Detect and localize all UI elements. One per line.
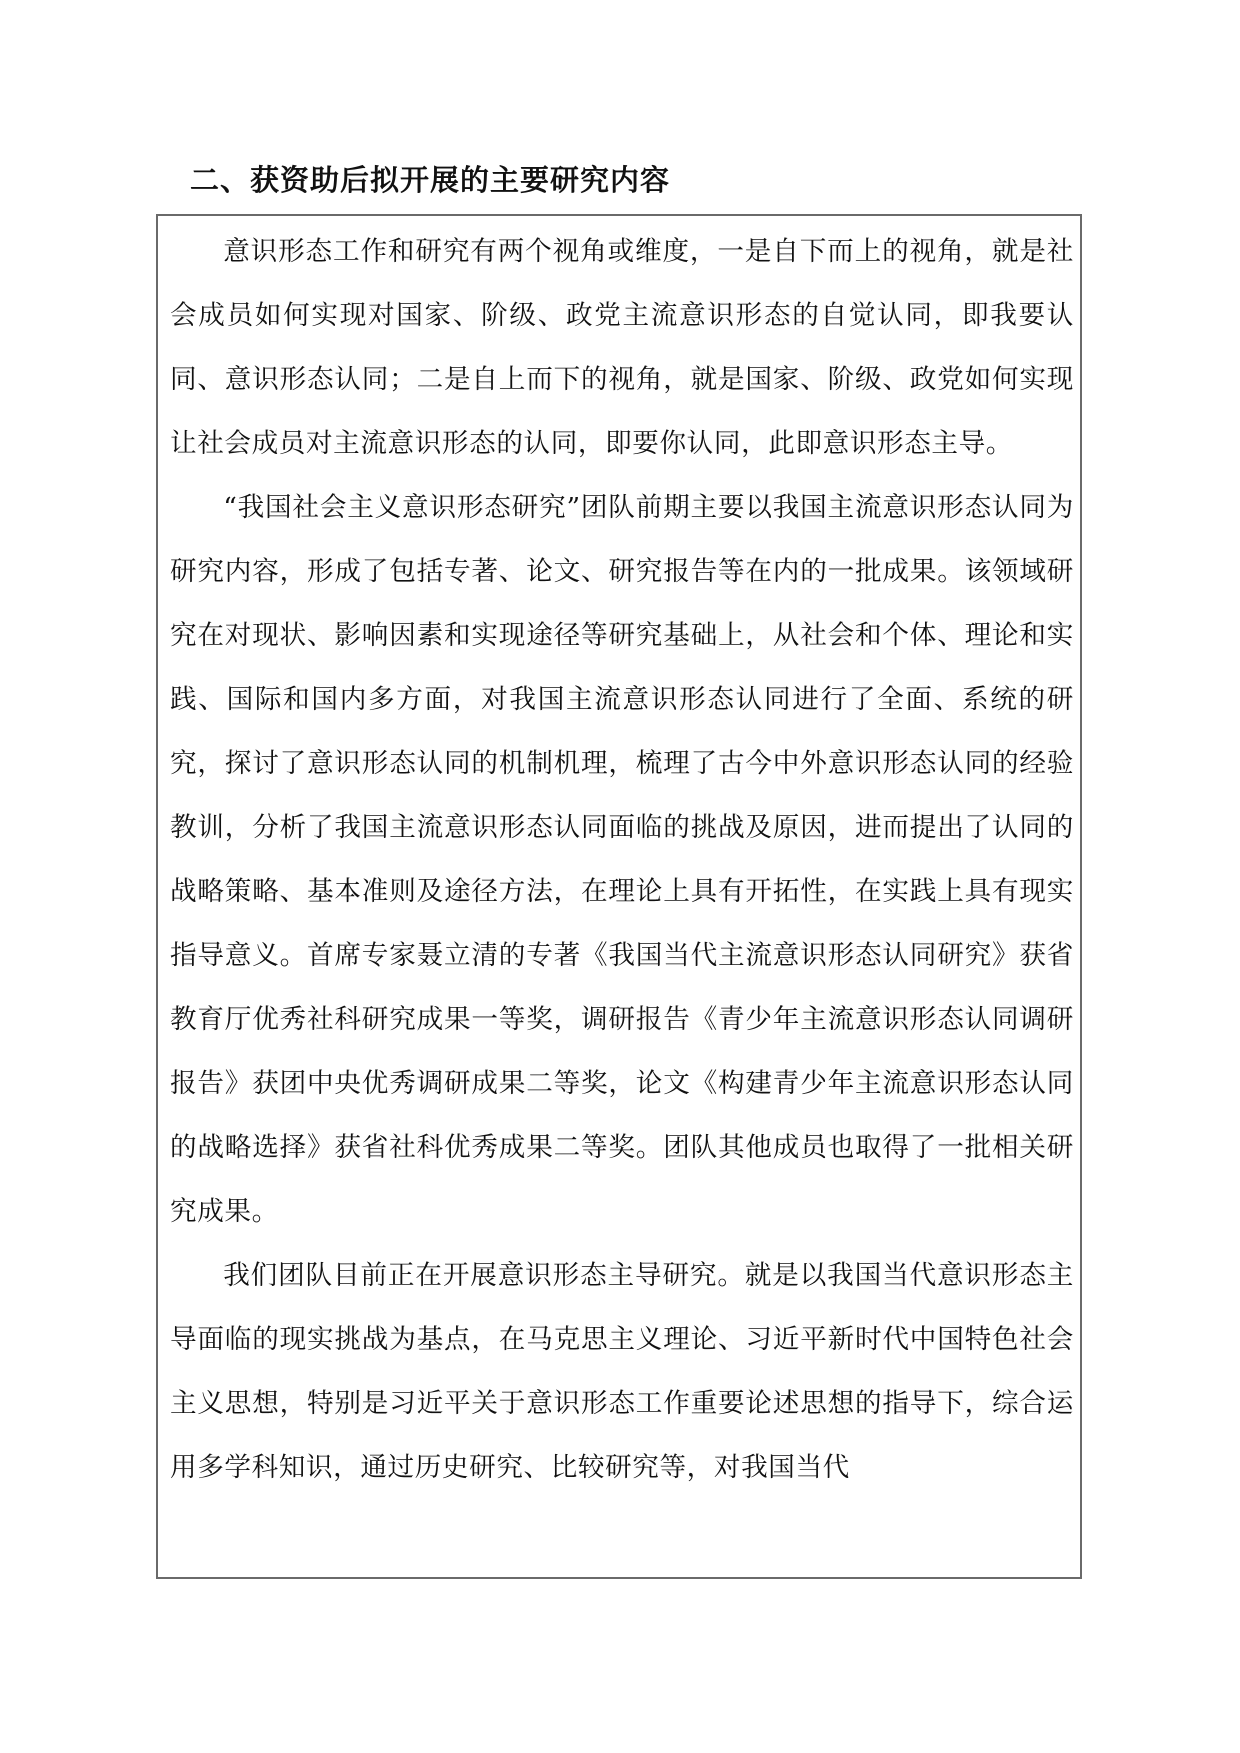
paragraph-current-research: 我们团队目前正在开展意识形态主导研究。就是以我国当代意识形态主导面临的现实挑战为…	[170, 1244, 1074, 1500]
paragraph-team-prior-work: “我国社会主义意识形态研究”团队前期主要以我国主流意识形态认同为研究内容，形成了…	[170, 476, 1074, 1244]
paragraph-ideology-perspectives: 意识形态工作和研究有两个视角或维度，一是自下而上的视角，就是社会成员如何实现对国…	[170, 220, 1074, 476]
research-content-box: 意识形态工作和研究有两个视角或维度，一是自下而上的视角，就是社会成员如何实现对国…	[156, 214, 1082, 1579]
research-content-body: 意识形态工作和研究有两个视角或维度，一是自下而上的视角，就是社会成员如何实现对国…	[170, 220, 1074, 1500]
section-heading: 二、获资助后拟开展的主要研究内容	[190, 160, 670, 200]
